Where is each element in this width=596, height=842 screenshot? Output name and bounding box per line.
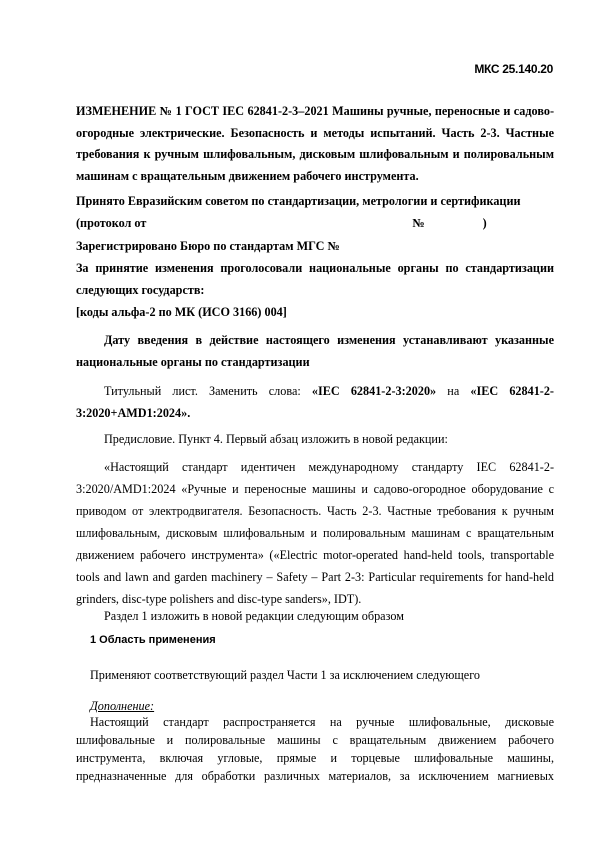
foreword-text: «Настоящий стандарт идентичен международ… [76,456,554,610]
title-page-old: «IEC 62841-2-3:2020» [312,384,436,398]
classification-code: МКС 25.140.20 [474,62,553,76]
protocol-suffix: ) [483,212,487,234]
section-instruction: Раздел 1 изложить в новой редакции следу… [76,605,554,627]
foreword-paragraph: Предисловие. Пункт 4. Первый абзац излож… [76,428,554,450]
voted-line: За принятие изменения проголосовали наци… [76,257,554,302]
scope-text: Настоящий стандарт распространяется на р… [76,713,554,785]
accepted-by: Принято Евразийским советом по стандарти… [76,190,554,212]
title-page-prefix: Титульный лист. Заменить слова: [104,384,312,398]
amendment-title: ИЗМЕНЕНИЕ № 1 ГОСТ IEC 62841-2-3–2021 Ма… [76,101,554,187]
section-heading: 1 Область применения [90,634,568,646]
protocol-prefix: (протокол от [76,212,146,234]
section-apply: Применяют соответствующий раздел Части 1… [90,666,568,684]
registered-line: Зарегистрировано Бюро по стандартам МГС … [76,235,554,257]
document-page: МКС 25.140.20 ИЗМЕНЕНИЕ № 1 ГОСТ IEC 628… [0,0,596,842]
adoption-block: Принято Евразийским советом по стандарти… [76,190,554,324]
protocol-line: (протокол от № ) [76,212,554,234]
country-codes: [коды альфа-2 по МК (ИСО 3166) 004] [76,301,554,323]
title-page-mid: на [436,384,470,398]
title-page-paragraph: Титульный лист. Заменить слова: «IEC 628… [76,380,554,424]
protocol-number-sign: № [412,212,424,234]
effective-date-paragraph: Дату введения в действие настоящего изме… [76,329,554,373]
